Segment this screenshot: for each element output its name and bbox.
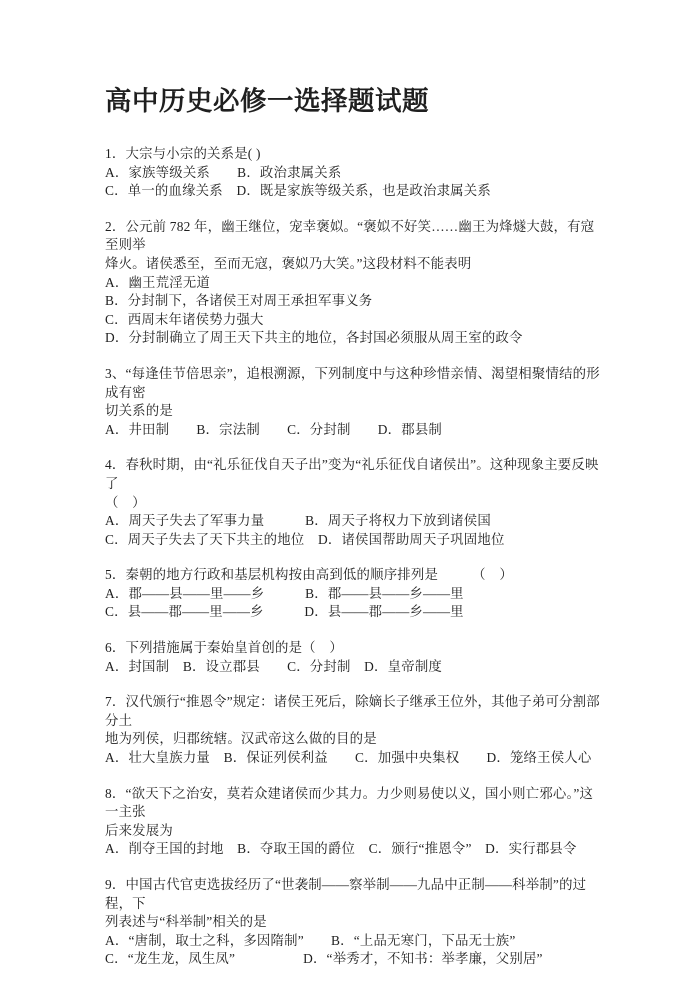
question-q9-line-3: A．“唐制，取士之科，多因隋制” B．“上品无寒门，下品无士族” [105,932,604,951]
question-q3: 3、“每逢佳节倍思亲”，追根溯源，下列制度中与这种珍惜亲情、渴望相聚情结的形成有… [105,365,604,439]
question-q7: 7．汉代颁行“推恩令”规定：诸侯王死后，除嫡长子继承王位外，其他子弟可分割部分土… [105,693,604,767]
question-q9-line-2: 列表述与“科举制”相关的是 [105,913,604,932]
question-q7-line-2: 地为列侯，归郡统辖。汉武帝这么做的目的是 [105,730,604,749]
question-q6-line-2: A．封国制 B．设立郡县 C．分封制 D．皇帝制度 [105,658,604,677]
page-title: 高中历史必修一选择题试题 [105,86,604,116]
question-q9: 9．中国古代官吏选拔经历了“世袭制——察举制——九品中正制——科举制”的过程，下… [105,876,604,969]
question-list: 1．大宗与小宗的关系是( )A．家族等级关系 B．政治隶属关系C．单一的血缘关系… [105,145,604,969]
question-q4-line-1: 4．春秋时期，由“礼乐征伐自天子出”变为“礼乐征伐自诸侯出”。这种现象主要反映了 [105,456,604,493]
question-q1-line-3: C．单一的血缘关系 D．既是家族等级关系，也是政治隶属关系 [105,182,604,201]
question-q2: 2．公元前 782 年，幽王继位，宠幸褒姒。“褒姒不好笑……幽王为烽燧大鼓，有寇… [105,218,604,348]
question-q2-line-6: D．分封制确立了周王天下共主的地位，各封国必须服从周王室的政令 [105,329,604,348]
question-q5-line-3: C．县——郡——里——乡 D．县——郡——乡——里 [105,603,604,622]
question-q8: 8．“欲天下之治安，莫若众建诸侯而少其力。力少则易使以义，国小则亡邪心。”这一主… [105,785,604,859]
question-q7-line-3: A．壮大皇族力量 B．保证列侯利益 C．加强中央集权 D．笼络王侯人心 [105,749,604,768]
question-q3-line-3: A．井田制 B．宗法制 C．分封制 D．郡县制 [105,421,604,440]
question-q1-line-1: 1．大宗与小宗的关系是( ) [105,145,604,164]
question-q5: 5．秦朝的地方行政和基层机构按由高到低的顺序排列是 （ ）A．郡——县——里——… [105,566,604,622]
question-q2-line-4: B．分封制下，各诸侯王对周王承担军事义务 [105,292,604,311]
question-q6-line-1: 6．下列措施属于秦始皇首创的是（ ） [105,639,604,658]
document-page: 高中历史必修一选择题试题 1．大宗与小宗的关系是( )A．家族等级关系 B．政治… [0,0,700,989]
question-q8-line-3: A．削夺王国的封地 B．夺取王国的爵位 C．颁行“推恩令” D．实行郡县令 [105,840,604,859]
question-q4-line-2: （ ） [105,494,604,513]
question-q4: 4．春秋时期，由“礼乐征伐自天子出”变为“礼乐征伐自诸侯出”。这种现象主要反映了… [105,456,604,549]
question-q9-line-1: 9．中国古代官吏选拔经历了“世袭制——察举制——九品中正制——科举制”的过程，下 [105,876,604,913]
question-q2-line-2: 烽火。诸侯悉至，至而无寇，褒姒乃大笑。”这段材料不能表明 [105,255,604,274]
question-q8-line-2: 后来发展为 [105,822,604,841]
question-q2-line-5: C．西周末年诸侯势力强大 [105,311,604,330]
question-q9-line-4: C．“龙生龙，凤生凤” D．“举秀才，不知书：举孝廉，父别居” [105,950,604,969]
question-q4-line-3: A．周天子失去了军事力量 B．周天子将权力下放到诸侯国 [105,512,604,531]
question-q5-line-2: A．郡——县——里——乡 B．郡——县——乡——里 [105,585,604,604]
question-q8-line-1: 8．“欲天下之治安，莫若众建诸侯而少其力。力少则易使以义，国小则亡邪心。”这一主… [105,785,604,822]
question-q4-line-4: C．周天子失去了天下共主的地位 D．诸侯国帮助周天子巩固地位 [105,531,604,550]
question-q3-line-2: 切关系的是 [105,402,604,421]
question-q1-line-2: A．家族等级关系 B．政治隶属关系 [105,164,604,183]
question-q2-line-1: 2．公元前 782 年，幽王继位，宠幸褒姒。“褒姒不好笑……幽王为烽燧大鼓，有寇… [105,218,604,255]
question-q3-line-1: 3、“每逢佳节倍思亲”，追根溯源，下列制度中与这种珍惜亲情、渴望相聚情结的形成有… [105,365,604,402]
question-q5-line-1: 5．秦朝的地方行政和基层机构按由高到低的顺序排列是 （ ） [105,566,604,585]
question-q6: 6．下列措施属于秦始皇首创的是（ ）A．封国制 B．设立郡县 C．分封制 D．皇… [105,639,604,676]
question-q7-line-1: 7．汉代颁行“推恩令”规定：诸侯王死后，除嫡长子继承王位外，其他子弟可分割部分土 [105,693,604,730]
question-q1: 1．大宗与小宗的关系是( )A．家族等级关系 B．政治隶属关系C．单一的血缘关系… [105,145,604,201]
question-q2-line-3: A．幽王荒淫无道 [105,274,604,293]
